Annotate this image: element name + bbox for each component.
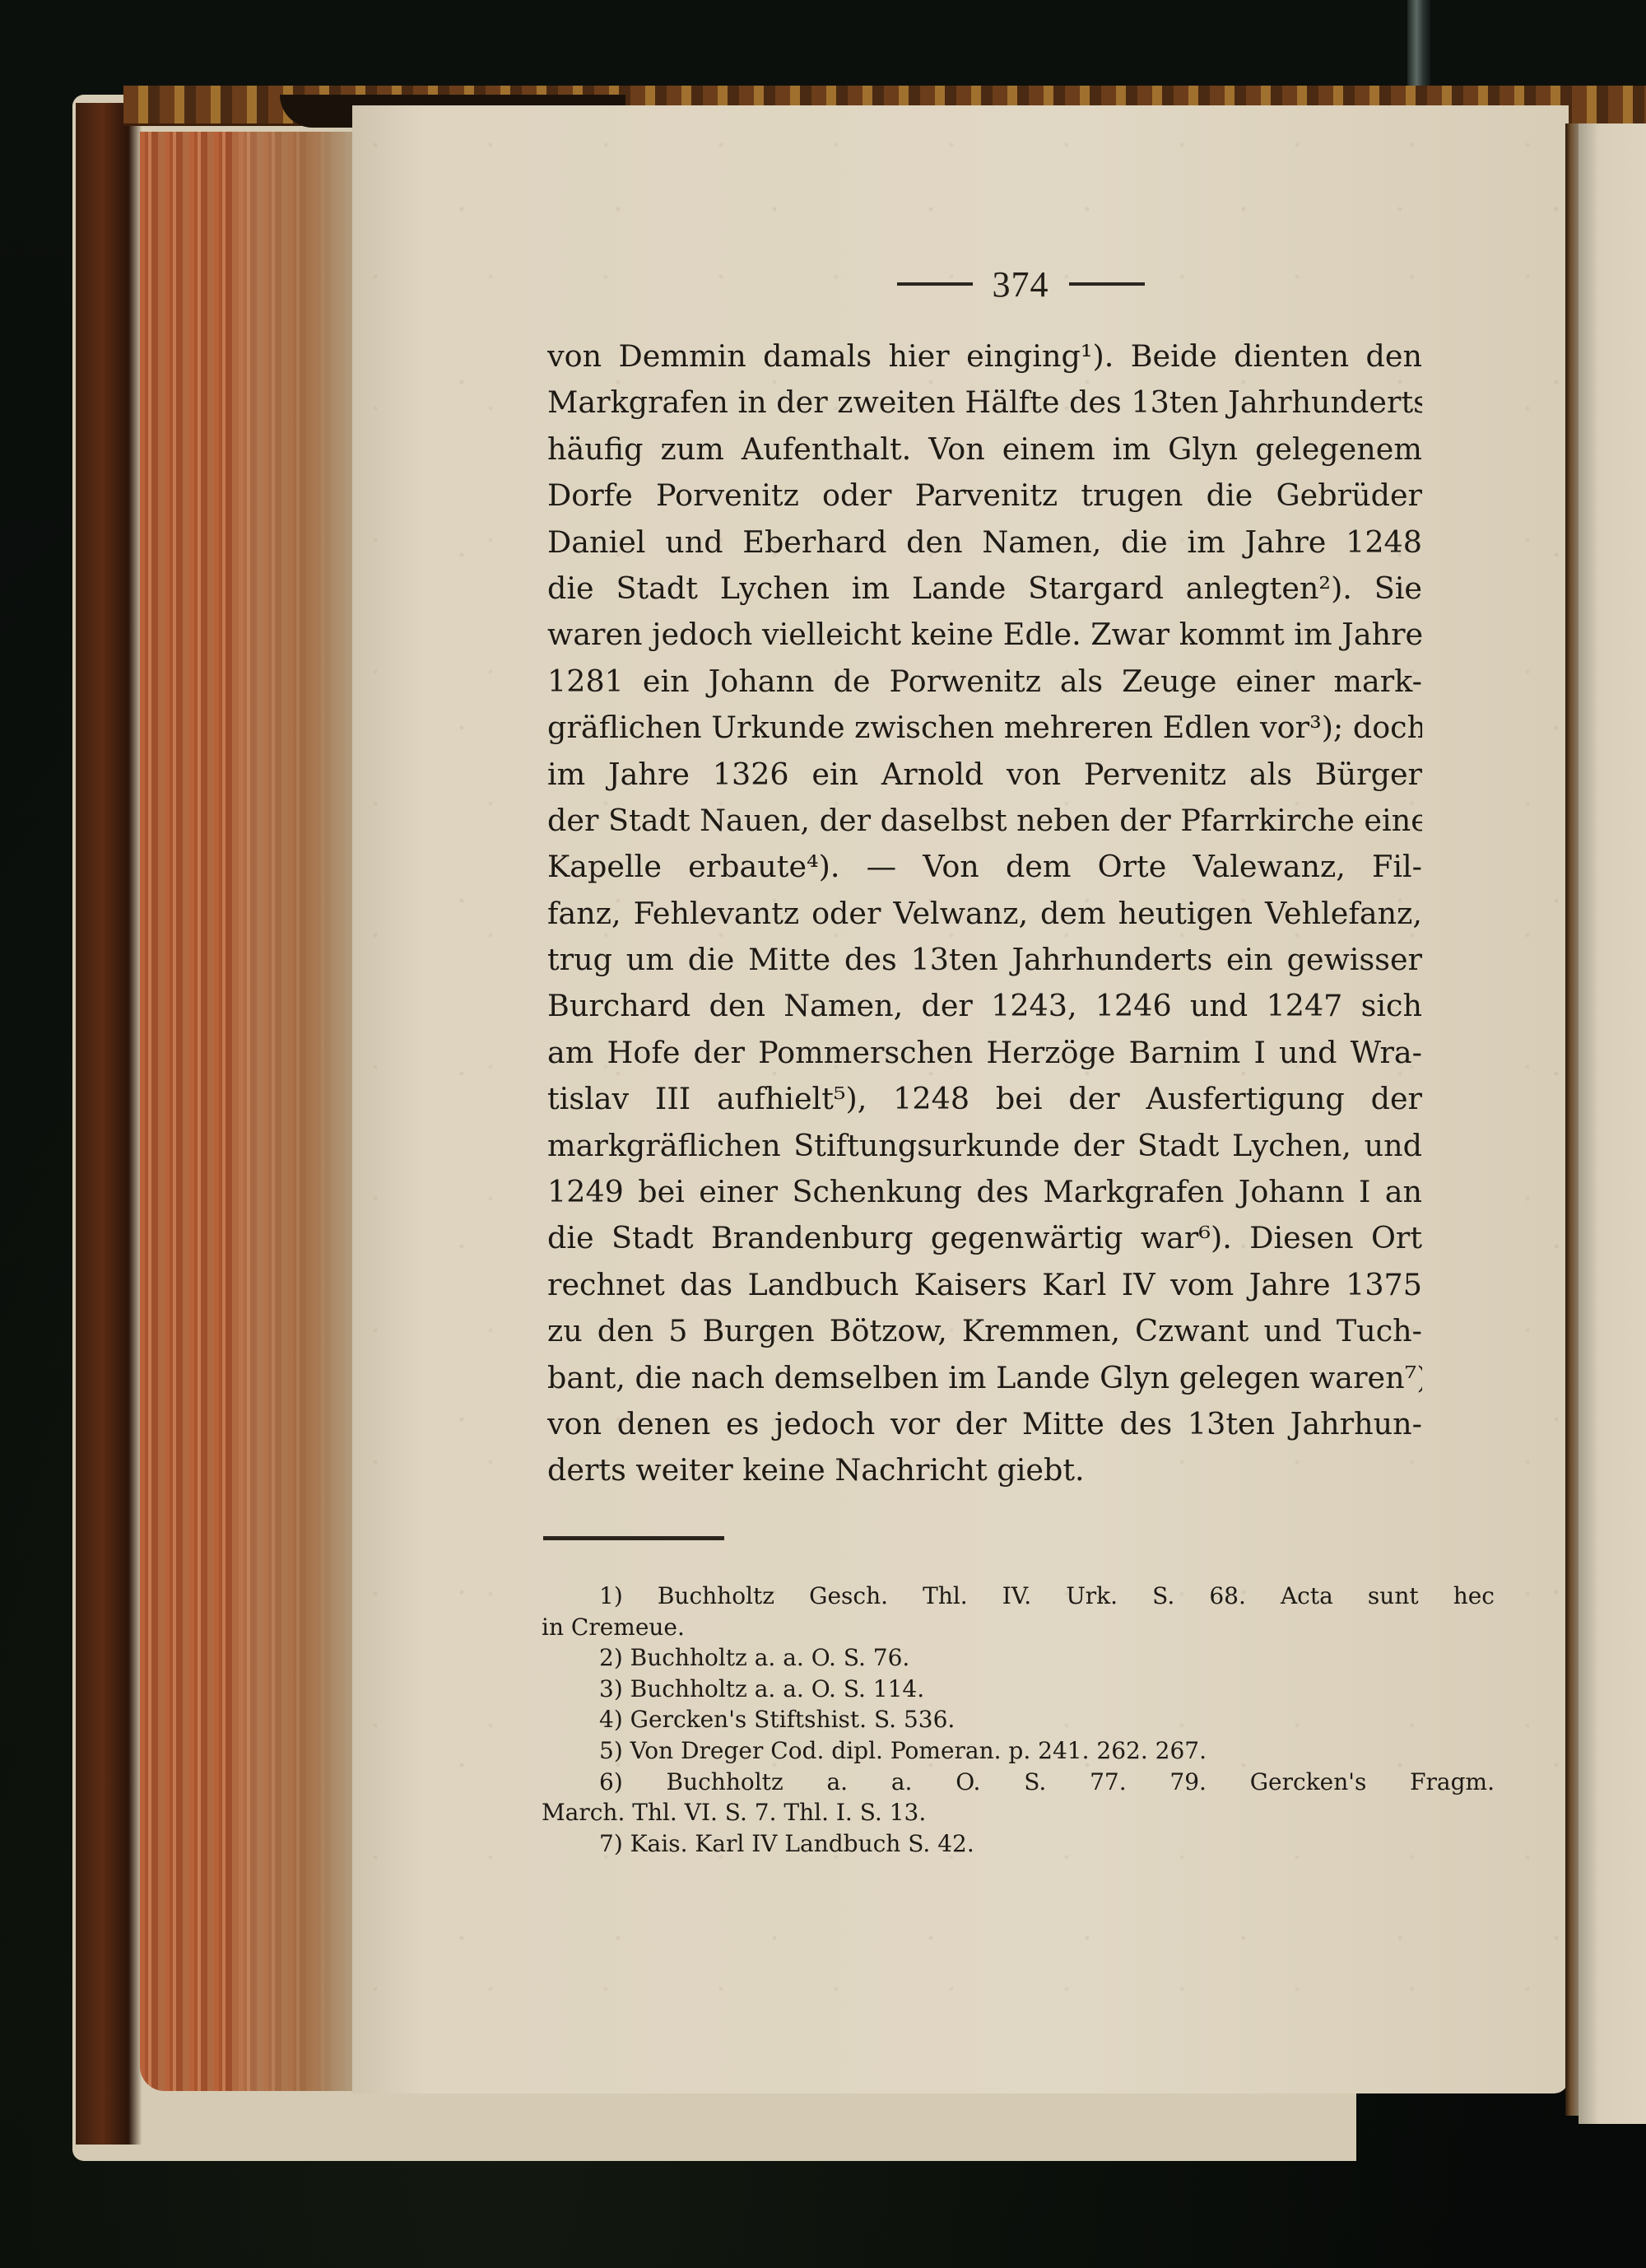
page-header: 374	[856, 263, 1185, 305]
gutter	[1565, 123, 1579, 2116]
footnote-2: 2) Buchholtz a. a. O. S. 76.	[542, 1642, 1447, 1674]
footnote-5: 5) Von Dreger Cod. dipl. Pomeran. p. 241…	[542, 1735, 1447, 1767]
footnote-4: 4) Gercken's Stiftshist. S. 536.	[542, 1704, 1447, 1735]
text-line: von Demmin damals hier einging¹). Beide …	[547, 333, 1422, 380]
text-line: Daniel und Eberhard den Namen, die im Ja…	[547, 519, 1422, 566]
text-line: Kapelle erbaute⁴). — Von dem Orte Valewa…	[547, 844, 1422, 890]
text-line: fanz, Fehlevantz oder Velwanz, dem heuti…	[547, 891, 1422, 937]
footnote-1: 1) Buchholtz Gesch. Thl. IV. Urk. S. 68.…	[542, 1581, 1495, 1612]
text-line: die Stadt Lychen im Lande Stargard anleg…	[547, 566, 1422, 612]
text-line: markgräflichen Stiftungsurkunde der Stad…	[547, 1123, 1422, 1169]
footnote-separator	[543, 1536, 724, 1540]
footnote-1-continued: in Cremeue.	[542, 1612, 1447, 1643]
leather-binding	[76, 103, 142, 2145]
text-line: von denen es jedoch vor der Mitte des 13…	[547, 1401, 1422, 1447]
text-line: Dorfe Porvenitz oder Parvenitz trugen di…	[547, 473, 1422, 519]
footnote-6: 6) Buchholtz a. a. O. S. 77. 79. Gercken…	[542, 1767, 1495, 1798]
text-line: Burchard den Namen, der 1243, 1246 und 1…	[547, 983, 1422, 1029]
text-line: 1249 bei einer Schenkung des Markgrafen …	[547, 1169, 1422, 1215]
header-rule-right	[1069, 282, 1145, 286]
text-line: am Hofe der Pommerschen Herzöge Barnim I…	[547, 1030, 1422, 1076]
facing-page-edge	[1579, 123, 1646, 2124]
text-line: bant, die nach demselben im Lande Glyn g…	[547, 1355, 1422, 1401]
footnote-3: 3) Buchholtz a. a. O. S. 114.	[542, 1674, 1447, 1705]
text-line: waren jedoch vielleicht keine Edle. Zwar…	[547, 612, 1422, 658]
text-line: die Stadt Brandenburg gegenwärtig war⁶).…	[547, 1215, 1422, 1261]
footnotes: 1) Buchholtz Gesch. Thl. IV. Urk. S. 68.…	[542, 1581, 1447, 1859]
text-line: tislav III aufhielt⁵), 1248 bei der Ausf…	[547, 1076, 1422, 1122]
cover-stripe	[1407, 0, 1430, 91]
header-rule-left	[897, 282, 973, 286]
page-fore-edge	[140, 132, 354, 2091]
text-line: 1281 ein Johann de Porwenitz als Zeuge e…	[547, 659, 1422, 705]
text-line: Markgrafen in der zweiten Hälfte des 13t…	[547, 380, 1422, 426]
text-line: der Stadt Nauen, der daselbst neben der …	[547, 798, 1422, 844]
text-line: rechnet das Landbuch Kaisers Karl IV vom…	[547, 1262, 1422, 1308]
text-line: derts weiter keine Nachricht giebt.	[547, 1447, 1422, 1493]
footnote-6-continued: March. Thl. VI. S. 7. Thl. I. S. 13.	[542, 1797, 1447, 1828]
text-line: im Jahre 1326 ein Arnold von Pervenitz a…	[547, 752, 1422, 798]
footnote-7: 7) Kais. Karl IV Landbuch S. 42.	[542, 1828, 1447, 1860]
text-line: trug um die Mitte des 13ten Jahrhunderts…	[547, 937, 1422, 983]
text-line: zu den 5 Burgen Bötzow, Kremmen, Czwant …	[547, 1308, 1422, 1354]
body-text: von Demmin damals hier einging¹). Beide …	[547, 333, 1422, 1494]
page-number: 374	[993, 263, 1049, 305]
text-line: häufig zum Aufenthalt. Von einem im Glyn…	[547, 426, 1422, 473]
text-line: gräflichen Urkunde zwischen mehreren Edl…	[547, 705, 1422, 751]
